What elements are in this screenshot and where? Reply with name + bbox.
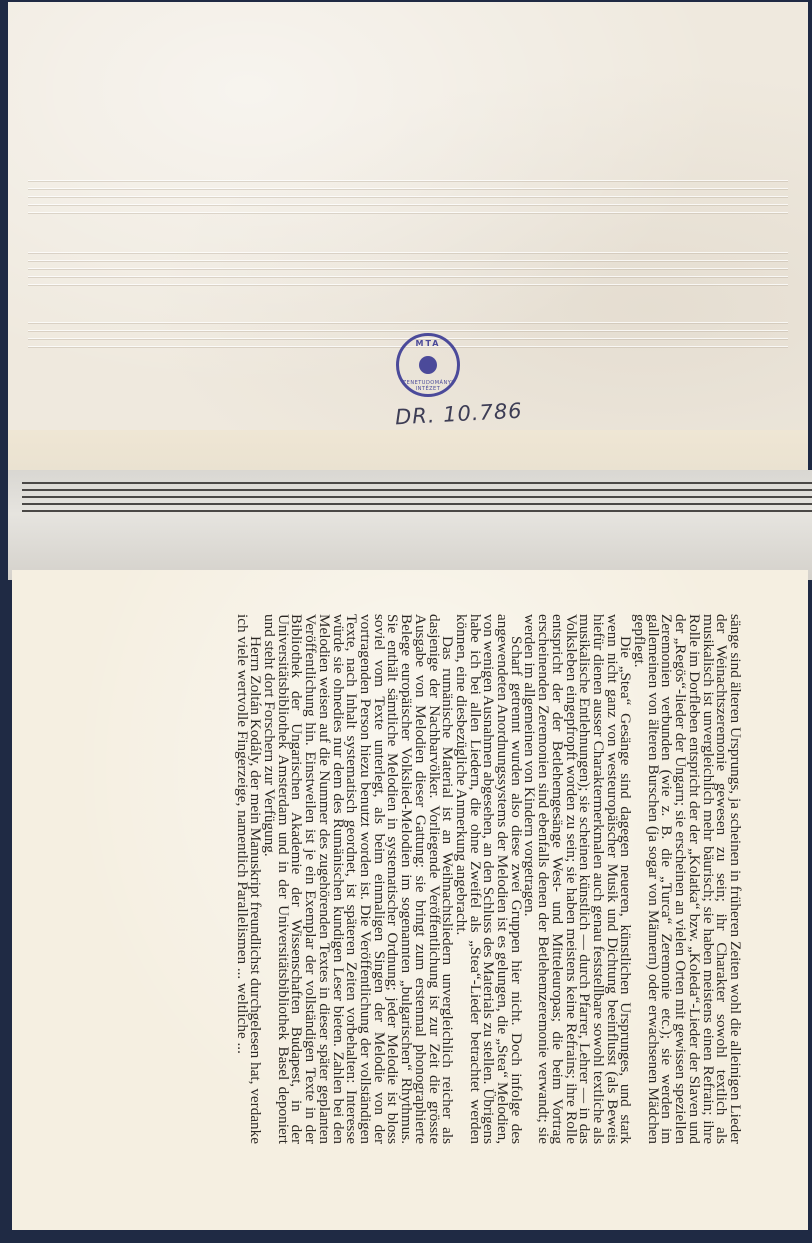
stamp-top-text: MTA: [399, 339, 457, 348]
tissue-interleaf: [8, 470, 812, 580]
paragraph: Das rumänische Material ist an Weihnacht…: [262, 614, 454, 1144]
printed-text-rotated: sänge sind älteren Ursprungs, ja scheine…: [235, 614, 742, 1144]
paragraph: Scharf getrennt wurden also diese zwei G…: [454, 614, 523, 1144]
stamp-bottom-text: ZENETUDOMÁNYI INTÉZET: [399, 380, 457, 392]
paragraph: Herrn Zoltán Kodály, der mein Manuskript…: [235, 614, 262, 1144]
paragraph: sänge sind älteren Ursprungs, ja scheine…: [632, 614, 742, 1144]
coat-of-arms-icon: [419, 356, 437, 374]
library-stamp: MTA ZENETUDOMÁNYI INTÉZET: [396, 333, 460, 397]
paragraph: Die „Stea“ Gesänge sind dagegen neueren,…: [523, 614, 633, 1144]
